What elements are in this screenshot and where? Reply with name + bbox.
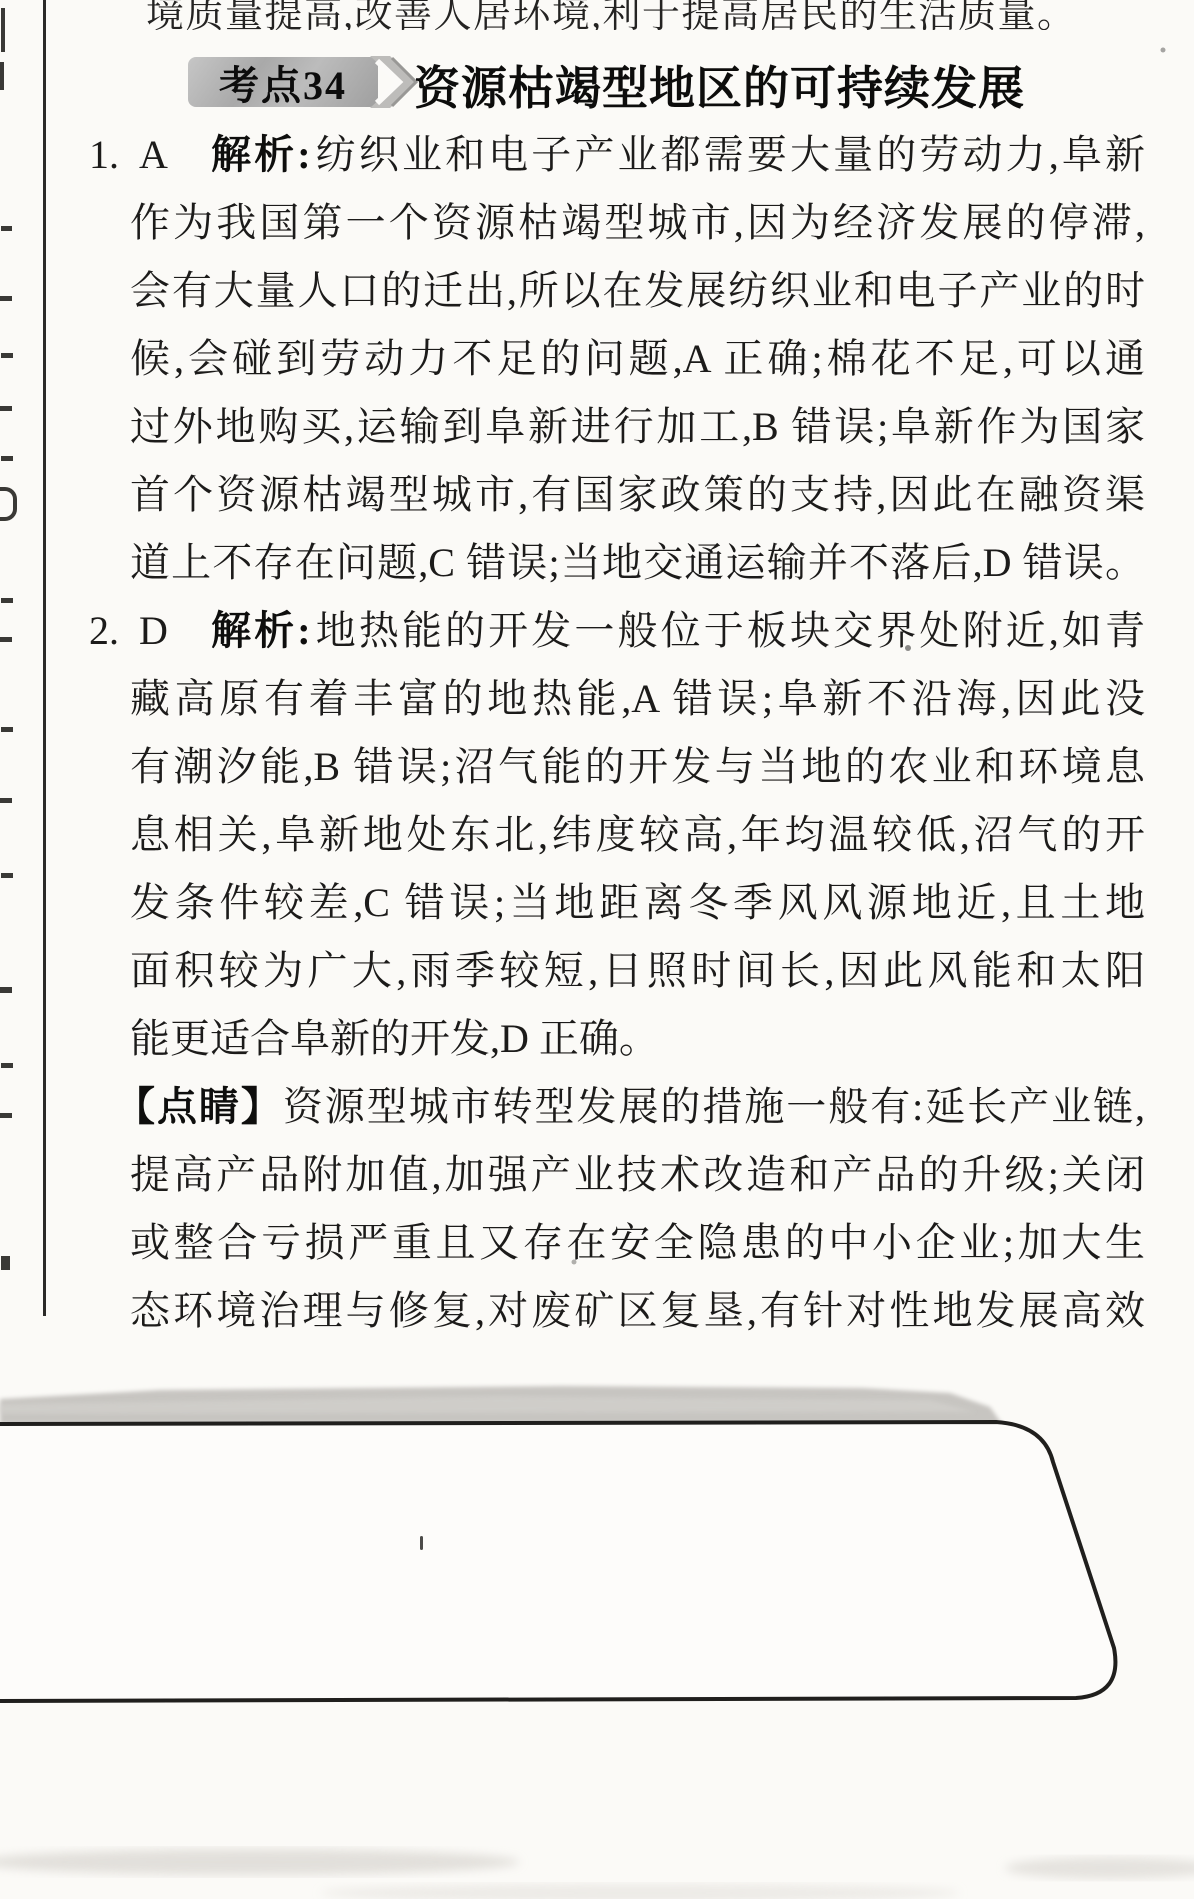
analysis-label: 解析: — [208, 608, 311, 653]
answer-line: 首个资源枯竭型城市,有国家政策的支持,因此在融资渠 — [130, 461, 1145, 529]
tip-line: 态环境治理与修复,对废矿区复垦,有针对性地发展高效 — [130, 1277, 1145, 1345]
answers-content: 1.A解析:纺织业和电子产业都需要大量的劳动力,阜新 作为我国第一个资源枯竭型城… — [130, 121, 1145, 1345]
top-partial-line-clip: 境质量提高,改善人居环境,利于提高居民的生活质量。 — [0, 0, 1194, 30]
answer-line: 发条件较差,C 错误;当地距离冬季风风源地近,且土地 — [130, 869, 1145, 937]
answer-line: 面积较为广大,雨季较短,日照时间长,因此风能和太阳 — [130, 937, 1145, 1005]
tip-line: 【点睛】资源型城市转型发展的措施一般有:延长产业链, — [115, 1073, 1145, 1141]
answer-item-2: 2.D解析:地热能的开发一般位于板块交界处附近,如青 藏高原有着丰富的地热能,A… — [130, 597, 1145, 1073]
answer-number: 2. — [89, 608, 119, 653]
tip-line: 提高产品附加值,加强产业技术改造和产品的升级;关闭 — [130, 1141, 1145, 1209]
answer-line: 作为我国第一个资源枯竭型城市,因为经济发展的停滞, — [130, 189, 1145, 257]
answer-item-1: 1.A解析:纺织业和电子产业都需要大量的劳动力,阜新 作为我国第一个资源枯竭型城… — [130, 121, 1145, 597]
answer-line: 有潮汐能,B 错误;沼气能的开发与当地的农业和环境息 — [130, 733, 1145, 801]
tip-section: 【点睛】资源型城市转型发展的措施一般有:延长产业链, 提高产品附加值,加强产业技… — [130, 1073, 1145, 1345]
answer-line: 能更适合阜新的开发,D 正确。 — [130, 1005, 1145, 1073]
answer-number: 1. — [89, 132, 119, 177]
answer-choice: D — [139, 608, 168, 653]
topic-badge-label: 考点34 — [219, 54, 347, 111]
analysis-label: 解析: — [208, 132, 311, 177]
scanned-textbook-page: { "page": { "top_partial_line": "境质量提高,改… — [0, 0, 1194, 1899]
spine-edge-ring-mark — [0, 487, 17, 521]
answer-line-text: 地热能的开发一般位于板块交界处附近,如青 — [313, 608, 1145, 653]
answer-line: 1.A解析:纺织业和电子产业都需要大量的劳动力,阜新 — [89, 121, 1145, 189]
tip-label: 【点睛】 — [115, 1084, 283, 1129]
answer-line: 过外地购买,运输到阜新进行加工,B 错误;阜新作为国家 — [130, 393, 1145, 461]
card-shadow-band — [0, 1386, 1002, 1424]
answer-line: 藏高原有着丰富的地热能,A 错误;阜新不沿海,因此没 — [130, 665, 1145, 733]
top-partial-line: 境质量提高,改善人居环境,利于提高居民的生活质量。 — [146, 0, 1077, 30]
spine-rule-line — [43, 0, 46, 1316]
answer-line: 候,会碰到劳动力不足的问题,A 正确;棉花不足,可以通 — [130, 325, 1145, 393]
answer-line: 道上不存在问题,C 错误;当地交通运输并不落后,D 错误。 — [130, 529, 1145, 597]
card-outline — [0, 1422, 1115, 1701]
answer-line: 会有大量人口的迁出,所以在发展纺织业和电子产业的时 — [130, 257, 1145, 325]
answer-line: 2.D解析:地热能的开发一般位于板块交界处附近,如青 — [89, 597, 1145, 665]
answer-line-text: 纺织业和电子产业都需要大量的劳动力,阜新 — [313, 132, 1145, 177]
page-title: 资源枯竭型地区的可持续发展 — [414, 52, 1025, 118]
answer-line: 息相关,阜新地处东北,纬度较高,年均温较低,沼气的开 — [130, 801, 1145, 869]
tip-line-text: 资源型城市转型发展的措施一般有:延长产业链, — [283, 1084, 1145, 1129]
answer-choice: A — [139, 132, 168, 177]
topic-badge: 考点34 — [188, 57, 378, 107]
tip-line: 或整合亏损严重且又存在安全隐患的中小企业;加大生 — [130, 1209, 1145, 1277]
